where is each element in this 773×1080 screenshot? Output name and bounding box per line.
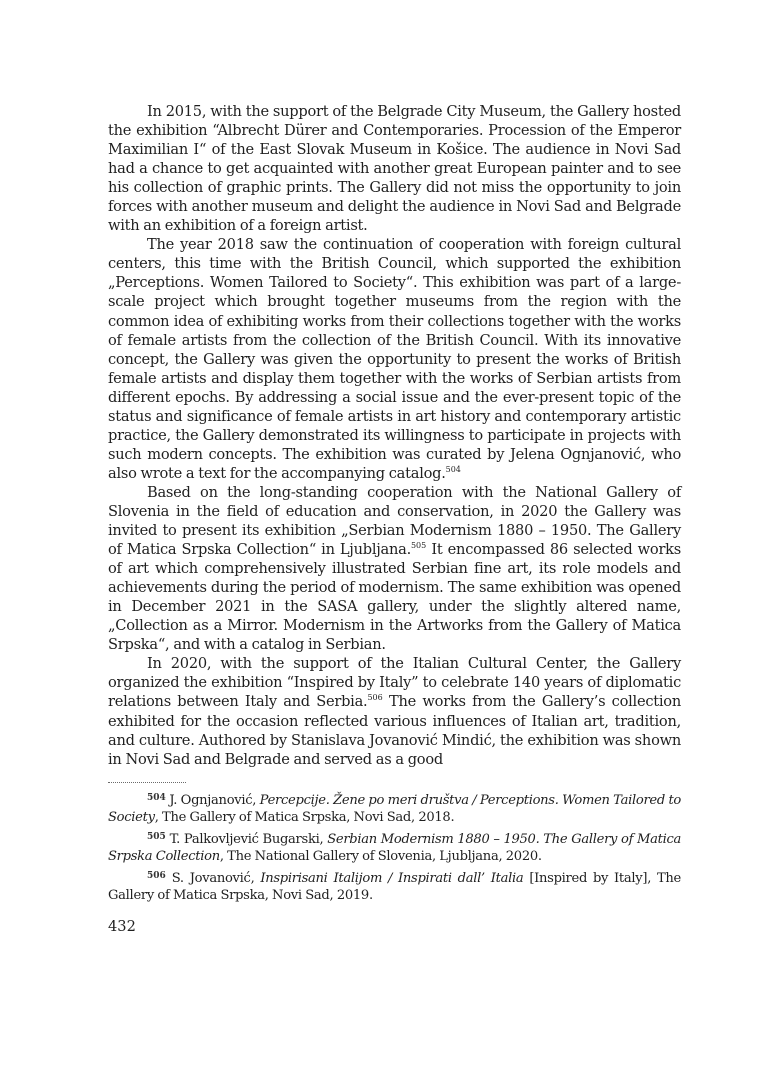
footnote-506: 506 S. Jovanović, Inspirisani Italijom /… xyxy=(108,870,681,905)
paragraph-4: In 2020, with the support of the Italian… xyxy=(108,654,681,768)
footnote-title: Inspirisani Italijom / Inspirati dall’ I… xyxy=(260,871,523,886)
footnotes: 504 J. Ognjanović, Percepcije. Žene po m… xyxy=(108,792,681,905)
paragraph-2: The year 2018 saw the continuation of co… xyxy=(108,235,681,483)
footnote-reference-504[interactable]: 504 xyxy=(446,465,461,474)
paragraph-text: In 2015, with the support of the Belgrad… xyxy=(108,103,681,234)
footnote-publication: , The National Gallery of Slovenia, Ljub… xyxy=(220,849,542,864)
document-page: In 2015, with the support of the Belgrad… xyxy=(108,102,681,935)
body-text: In 2015, with the support of the Belgrad… xyxy=(108,102,681,769)
footnote-author: J. Ognjanović, xyxy=(169,793,259,808)
footnote-separator xyxy=(108,782,186,783)
footnote-reference-506[interactable]: 506 xyxy=(367,693,382,702)
footnote-publication: , The Gallery of Matica Srpska, Novi Sad… xyxy=(155,810,455,825)
footnote-504: 504 J. Ognjanović, Percepcije. Žene po m… xyxy=(108,792,681,827)
footnote-reference-505[interactable]: 505 xyxy=(411,541,426,550)
footnote-number: 504 xyxy=(147,793,166,803)
footnote-author: T. Palkovljević Bugarski, xyxy=(170,832,328,847)
paragraph-text: The year 2018 saw the continuation of co… xyxy=(108,236,681,482)
footnote-number: 506 xyxy=(147,871,166,881)
footnote-505: 505 T. Palkovljević Bugarski, Serbian Mo… xyxy=(108,831,681,866)
footnote-number: 505 xyxy=(147,832,166,842)
paragraph-3: Based on the long-standing cooperation w… xyxy=(108,483,681,654)
paragraph-1: In 2015, with the support of the Belgrad… xyxy=(108,102,681,235)
footnote-author: S. Jovanović, xyxy=(172,871,261,886)
page-number: 432 xyxy=(108,918,681,935)
